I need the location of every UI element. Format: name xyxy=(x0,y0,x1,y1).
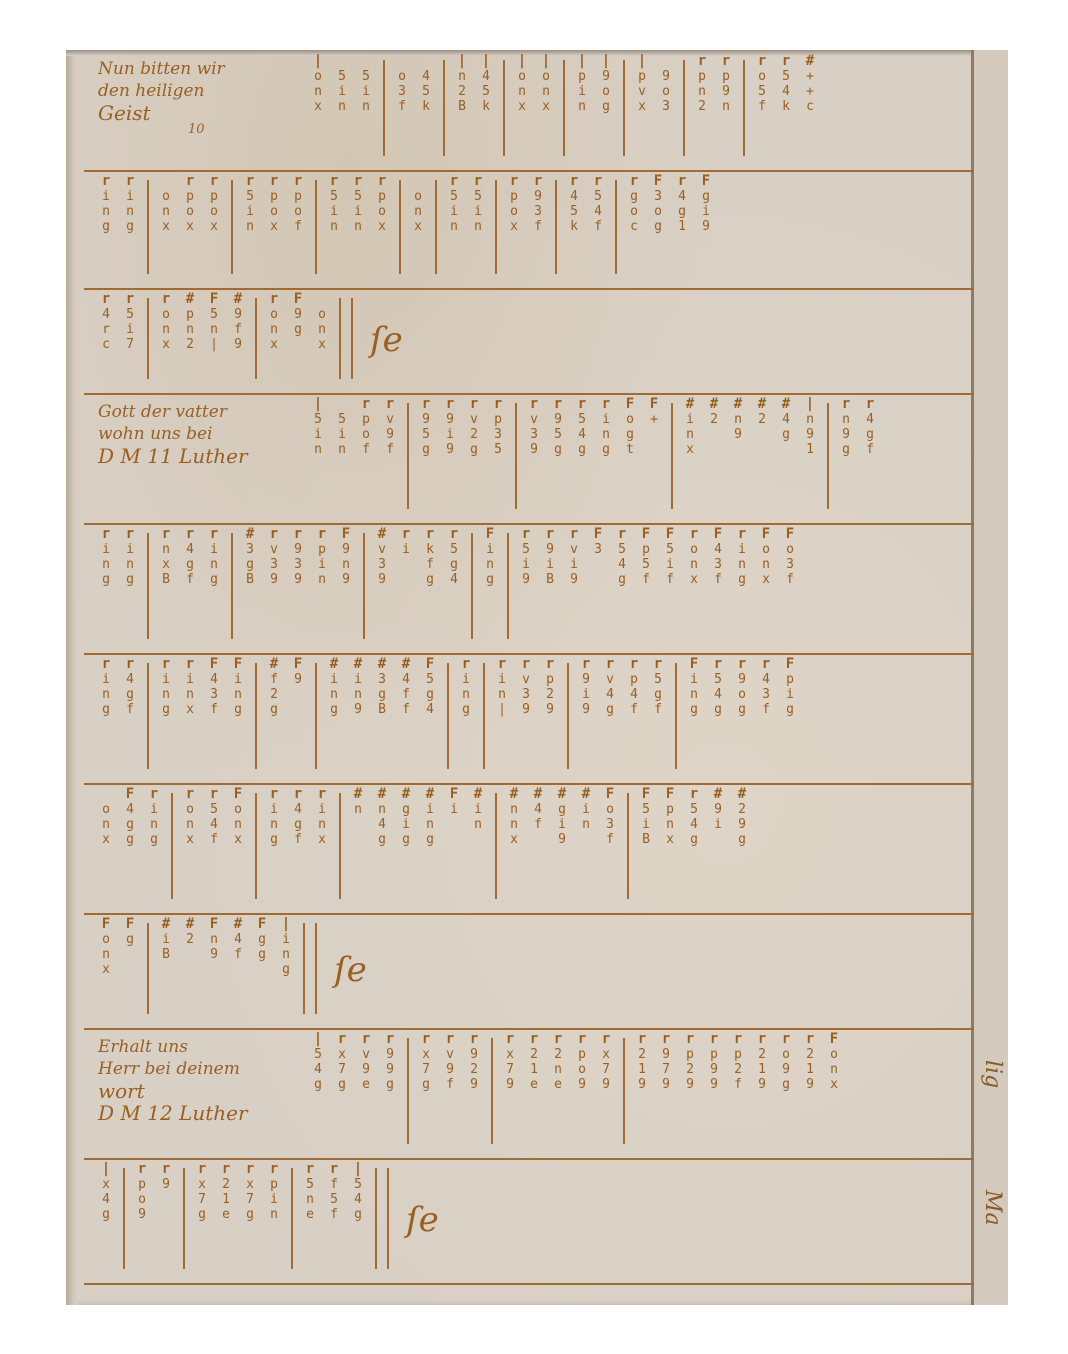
tab-letter: 9 xyxy=(582,702,590,717)
rhythm-flag: r xyxy=(710,1032,718,1047)
tab-letter: 4 xyxy=(690,817,698,832)
rhythm-flag: r xyxy=(530,397,538,412)
rhythm-flag: # xyxy=(186,292,194,307)
tab-letter: 1 xyxy=(222,1192,230,1207)
tab-letter: p xyxy=(734,1047,742,1062)
rhythm-flag: r xyxy=(678,174,686,189)
tab-letter: 5 xyxy=(362,69,370,84)
tab-letter: 9 xyxy=(342,572,350,587)
rhythm-flag: # xyxy=(558,787,566,802)
tablature-chord: r54g xyxy=(682,787,706,907)
tablature-chord: ronx xyxy=(154,292,178,387)
bar-line xyxy=(483,663,485,769)
tab-letter: 9 xyxy=(662,1077,670,1092)
tablature-chord: rp29 xyxy=(678,1032,702,1152)
tab-letter: g xyxy=(314,1077,322,1092)
tab-letter: 9 xyxy=(386,1062,394,1077)
rhythm-flag xyxy=(422,54,430,69)
tab-letter: 4 xyxy=(482,69,490,84)
bar-line xyxy=(495,793,497,899)
tab-letter: g xyxy=(162,702,170,717)
tab-letter: v xyxy=(470,412,478,427)
bar-line xyxy=(255,793,257,899)
bar-line xyxy=(183,1168,185,1269)
tab-letter: g xyxy=(654,687,662,702)
tab-letter: n xyxy=(554,1062,562,1077)
tab-letter: n xyxy=(210,932,218,947)
tablature-system: onxF4ggringronxr54fFonxringr4gfrinx#n #n… xyxy=(84,783,974,915)
tab-letter: 5 xyxy=(422,84,430,99)
tab-letter: i xyxy=(486,542,494,557)
tablature-chord: #2 xyxy=(702,397,726,517)
tab-letter: p xyxy=(186,307,194,322)
tablature-chord: r9og xyxy=(730,657,754,777)
tab-letter: g xyxy=(558,802,566,817)
tablature-chord: rpn2 xyxy=(690,54,714,164)
tab-letter: g xyxy=(282,962,290,977)
tablature-chord: |ing xyxy=(274,917,298,1022)
tab-letter: 7 xyxy=(198,1192,206,1207)
tab-letter: 9 xyxy=(446,412,454,427)
rhythm-flag: r xyxy=(306,1162,314,1177)
bar-line xyxy=(387,1168,389,1269)
tab-letter: g xyxy=(126,687,134,702)
tab-letter: 4 xyxy=(426,702,434,717)
tablature-chord: F+ xyxy=(642,397,666,517)
rhythm-flag: # xyxy=(710,397,718,412)
tab-letter: x xyxy=(318,337,326,352)
tab-letter: i xyxy=(582,802,590,817)
tab-letter: g xyxy=(462,702,470,717)
tab-letter: 9 xyxy=(602,1077,610,1092)
tab-letter: p xyxy=(786,672,794,687)
tablature-chord: #3gB xyxy=(370,657,394,777)
tab-letter: 9 xyxy=(842,427,850,442)
tablature-chord: Fing xyxy=(682,657,706,777)
tab-letter: o xyxy=(398,69,406,84)
tab-letter xyxy=(162,1192,170,1207)
tab-letter: g xyxy=(378,687,386,702)
tab-letter: x xyxy=(102,1177,110,1192)
rhythm-flag: r xyxy=(186,527,194,542)
tab-letter: n xyxy=(314,442,322,457)
tab-letter: 3 xyxy=(534,204,542,219)
rhythm-flag: r xyxy=(734,1032,742,1047)
tab-letter: g xyxy=(782,427,790,442)
tab-letter: o xyxy=(782,1047,790,1062)
tablature-chord: ring xyxy=(142,787,166,907)
tab-letter: g xyxy=(126,572,134,587)
tab-letter: 5 xyxy=(210,802,218,817)
bar-line xyxy=(231,533,233,639)
tab-letter: g xyxy=(426,687,434,702)
bar-line xyxy=(315,923,317,1014)
rhythm-flag: # xyxy=(186,917,194,932)
tab-letter: 2 xyxy=(458,84,466,99)
rhythm-flag: # xyxy=(270,657,278,672)
title-line: Erhalt uns xyxy=(98,1036,288,1058)
rhythm-flag: r xyxy=(630,174,638,189)
tablature-chord: ring xyxy=(94,527,118,647)
tab-letter: 2 xyxy=(186,932,194,947)
rhythm-flag: r xyxy=(714,657,722,672)
rhythm-flag: r xyxy=(602,397,610,412)
tablature-chord: Fonx xyxy=(754,527,778,647)
rhythm-flag: r xyxy=(690,527,698,542)
rhythm-flag: F xyxy=(258,917,266,932)
tab-letter: 9 xyxy=(758,1077,766,1092)
tab-letter xyxy=(450,832,458,847)
tab-letter: 3 xyxy=(494,427,502,442)
tab-letter: 9 xyxy=(378,572,386,587)
title-line: Nun bitten wir xyxy=(98,58,288,80)
tab-letter: 5 xyxy=(554,427,562,442)
tab-letter: v xyxy=(638,84,646,99)
tablature-chord: #4f xyxy=(226,917,250,1022)
title-line: Geist xyxy=(98,102,288,124)
tablature-chord: Fo3f xyxy=(778,527,802,647)
rhythm-flag: r xyxy=(210,174,218,189)
tablature-chord: Fgi9 xyxy=(694,174,718,282)
tab-letter: i xyxy=(270,1192,278,1207)
tablature-row: ringringrnxBr4gfring#3gBrv39r939rpinF9n9… xyxy=(94,527,802,647)
tablature-chord: rin| xyxy=(490,657,514,777)
tab-letter: 5 xyxy=(210,307,218,322)
bar-line xyxy=(315,663,317,769)
tab-letter: i xyxy=(582,687,590,702)
tablature-chord: #pn2 xyxy=(178,292,202,387)
tab-letter: 9 xyxy=(386,427,394,442)
tablature-row: |onx 5in 5in o3f 45k|n2B|45k|onx|onx|pin… xyxy=(306,54,822,164)
tab-letter: o xyxy=(626,412,634,427)
tab-letter: o xyxy=(210,204,218,219)
tablature-chord: rpox xyxy=(502,174,526,282)
tab-letter: x xyxy=(510,219,518,234)
tab-letter: n xyxy=(806,412,814,427)
tab-letter: p xyxy=(642,542,650,557)
rhythm-flag: r xyxy=(510,174,518,189)
tab-letter: n xyxy=(722,99,730,114)
tablature-chord: #ing xyxy=(418,787,442,907)
tablature-chord: r5in xyxy=(346,174,370,282)
tab-letter xyxy=(734,442,742,457)
tab-letter: x xyxy=(602,1047,610,1062)
tab-letter: g xyxy=(270,702,278,717)
tablature-chord: rkfg xyxy=(418,527,442,647)
rhythm-flag: r xyxy=(686,1032,694,1047)
rhythm-flag: r xyxy=(210,527,218,542)
tablature-chord: Fp5f xyxy=(634,527,658,647)
tab-letter: 4 xyxy=(102,1192,110,1207)
rhythm-flag: r xyxy=(842,397,850,412)
tab-letter: i xyxy=(402,542,410,557)
tab-letter: i xyxy=(450,204,458,219)
tab-letter: 5 xyxy=(354,1177,362,1192)
tab-letter: o xyxy=(630,204,638,219)
tab-letter: x xyxy=(414,219,422,234)
tablature-chord: r5i7 xyxy=(118,292,142,387)
tab-letter: i xyxy=(522,557,530,572)
tab-letter: o xyxy=(294,204,302,219)
tablature-chord: ring xyxy=(94,174,118,282)
tab-letter: x xyxy=(690,572,698,587)
tab-letter: 2 xyxy=(222,1177,230,1192)
tab-letter: i xyxy=(186,672,194,687)
rhythm-flag: r xyxy=(222,1162,230,1177)
rhythm-flag: r xyxy=(662,1032,670,1047)
tab-letter: f xyxy=(630,702,638,717)
tab-letter: 9 xyxy=(470,1077,478,1092)
tab-letter: 5 xyxy=(782,69,790,84)
tab-letter: 5 xyxy=(354,189,362,204)
tab-letter xyxy=(294,337,302,352)
tab-letter: x xyxy=(270,337,278,352)
rhythm-flag: r xyxy=(570,527,578,542)
rhythm-flag: r xyxy=(762,657,770,672)
tablature-chord: rvi9 xyxy=(562,527,586,647)
tab-letter: f xyxy=(714,572,722,587)
tab-letter: 2 xyxy=(554,1047,562,1062)
tab-letter: B xyxy=(162,947,170,962)
rhythm-flag: F xyxy=(666,527,674,542)
tab-letter: i xyxy=(570,557,578,572)
tab-letter xyxy=(594,557,602,572)
tab-letter: e xyxy=(530,1077,538,1092)
rhythm-flag: r xyxy=(506,1032,514,1047)
rhythm-flag: r xyxy=(546,657,554,672)
rhythm-flag: F xyxy=(606,787,614,802)
tablature-chord: Fing xyxy=(478,527,502,647)
tab-letter: 9 xyxy=(270,572,278,587)
piece-title: Erhalt unsHerr bei deinemwortD M 12 Luth… xyxy=(98,1036,288,1124)
rhythm-flag: r xyxy=(294,527,302,542)
page-gutter xyxy=(66,50,78,1305)
tab-letter: g xyxy=(690,702,698,717)
tab-letter: g xyxy=(102,702,110,717)
tablature-chord: ring xyxy=(154,657,178,777)
bar-line xyxy=(291,1168,293,1269)
tab-letter: o xyxy=(738,687,746,702)
rhythm-flag: r xyxy=(126,657,134,672)
tablature-row: |5in 5inrpofrv9fr95gr9i9rv2grp35rv39r95g… xyxy=(306,397,882,517)
tablature-chord: r43f xyxy=(754,657,778,777)
tab-letter: n xyxy=(602,427,610,442)
rhythm-flag: r xyxy=(530,1032,538,1047)
tab-letter: n xyxy=(414,204,422,219)
rhythm-flag: # xyxy=(426,787,434,802)
rhythm-flag: F xyxy=(426,657,434,672)
tablature-row: FonxFg #iB #2 Fn9 #4f Fgg |ingſe xyxy=(94,917,367,1022)
bar-line xyxy=(407,403,409,509)
tablature-chord: #4ff xyxy=(394,657,418,777)
rhythm-flag: r xyxy=(150,787,158,802)
tab-letter: g xyxy=(470,442,478,457)
piece-title: Nun bitten wirden heiligenGeist10 xyxy=(98,58,288,136)
tablature-chord: rp29 xyxy=(538,657,562,777)
tab-letter: o xyxy=(414,189,422,204)
tab-letter: 9 xyxy=(210,947,218,962)
rhythm-flag: r xyxy=(806,1032,814,1047)
tablature-chord: ro9g xyxy=(774,1032,798,1152)
rhythm-flag xyxy=(398,54,406,69)
rhythm-flag: r xyxy=(294,787,302,802)
tab-letter: 9 xyxy=(530,442,538,457)
bar-line xyxy=(827,403,829,509)
tab-letter: g xyxy=(338,1077,346,1092)
tab-letter: | xyxy=(498,702,506,717)
tab-letter: n xyxy=(686,427,694,442)
tab-letter: g xyxy=(150,832,158,847)
tab-letter: n xyxy=(690,557,698,572)
tab-letter: g xyxy=(270,832,278,847)
tab-letter: 4 xyxy=(866,412,874,427)
tab-letter: i xyxy=(450,802,458,817)
tab-letter: n xyxy=(210,557,218,572)
tab-letter: 4 xyxy=(126,802,134,817)
tab-letter: g xyxy=(738,702,746,717)
tab-letter: g xyxy=(738,572,746,587)
tab-letter: 4 xyxy=(126,672,134,687)
tab-letter: 5 xyxy=(450,189,458,204)
bar-line xyxy=(623,1038,625,1144)
tablature-chord: ronx xyxy=(262,292,286,387)
neighbor-page-mark: lig xyxy=(980,1060,1005,1088)
rhythm-flag: r xyxy=(462,657,470,672)
rhythm-flag: r xyxy=(446,1032,454,1047)
tablature-chord: ring xyxy=(594,397,618,517)
rhythm-flag: r xyxy=(186,174,194,189)
tab-letter: f xyxy=(234,322,242,337)
tablature-chord: #in xyxy=(466,787,490,907)
tab-letter: 3 xyxy=(246,542,254,557)
tab-letter: 2 xyxy=(546,687,554,702)
tab-letter: 3 xyxy=(594,542,602,557)
tablature-chord: Fogt xyxy=(618,397,642,517)
tab-letter: 9 xyxy=(294,542,302,557)
rhythm-flag: r xyxy=(426,527,434,542)
tablature-chord: ring xyxy=(730,527,754,647)
tab-letter: n xyxy=(314,84,322,99)
tab-letter: i xyxy=(210,542,218,557)
rhythm-flag: r xyxy=(318,787,326,802)
tab-letter: i xyxy=(702,204,710,219)
title-line: wohn uns bei xyxy=(98,423,288,445)
rhythm-flag: # xyxy=(534,787,542,802)
tab-letter: 5 xyxy=(330,1192,338,1207)
tab-letter: x xyxy=(762,572,770,587)
rhythm-flag: r xyxy=(494,397,502,412)
tab-letter: n xyxy=(234,817,242,832)
tablature-chord: rpin xyxy=(310,527,334,647)
tab-letter: 9 xyxy=(806,1077,814,1092)
rhythm-flag: r xyxy=(782,1032,790,1047)
tablature-system: Gott der vatterwohn uns beiD M 11 Luther… xyxy=(84,393,974,525)
tablature-row: ringr4gfringrinxF43fFing#f2gF9 #ing#in9#… xyxy=(94,657,802,777)
tab-letter xyxy=(474,832,482,847)
tab-letter: f xyxy=(330,1207,338,1222)
rhythm-flag: r xyxy=(386,397,394,412)
tab-letter: f xyxy=(734,1077,742,1092)
tablature-chord: r9 xyxy=(154,1162,178,1277)
tablature-chord: r99g xyxy=(378,1032,402,1152)
tab-letter: 2 xyxy=(710,412,718,427)
tablature-chord: rpo9 xyxy=(570,1032,594,1152)
tab-letter xyxy=(782,442,790,457)
tab-letter: 4 xyxy=(714,542,722,557)
tab-letter: n xyxy=(474,817,482,832)
tab-letter: p xyxy=(638,69,646,84)
tab-letter: 9 xyxy=(638,1077,646,1092)
bar-line xyxy=(503,60,505,156)
rhythm-flag: r xyxy=(474,174,482,189)
tab-letter: o xyxy=(162,189,170,204)
tablature-chord: ring xyxy=(262,787,286,907)
rhythm-flag: | xyxy=(314,54,322,69)
rhythm-flag: r xyxy=(446,397,454,412)
tab-letter: x xyxy=(638,99,646,114)
tab-letter: x xyxy=(378,219,386,234)
rhythm-flag: r xyxy=(210,787,218,802)
tab-letter: g xyxy=(294,322,302,337)
tablature-chord: Fonx xyxy=(226,787,250,907)
tab-letter: 1 xyxy=(758,1062,766,1077)
tab-letter: i xyxy=(738,542,746,557)
tab-letter: g xyxy=(246,1207,254,1222)
tab-letter: 5 xyxy=(314,412,322,427)
tab-letter: n xyxy=(458,69,466,84)
rhythm-flag: # xyxy=(714,787,722,802)
rhythm-flag: r xyxy=(330,174,338,189)
rhythm-flag: F xyxy=(102,917,110,932)
tablature-chord: Fonx xyxy=(822,1032,846,1152)
tab-letter: 5 xyxy=(330,189,338,204)
tab-letter: i xyxy=(270,802,278,817)
neighbor-page-edge: lig Ma xyxy=(971,50,1008,1305)
tablature-chord: F5g4 xyxy=(418,657,442,777)
tab-letter: 2 xyxy=(470,1062,478,1077)
tab-letter: n xyxy=(186,322,194,337)
rhythm-flag: F xyxy=(714,527,722,542)
tab-letter: i xyxy=(714,817,722,832)
tablature-chord: rpox xyxy=(262,174,286,282)
tab-letter: x xyxy=(314,99,322,114)
rhythm-flag: # xyxy=(378,657,386,672)
tab-letter: 9 xyxy=(294,672,302,687)
tablature-chord: r21e xyxy=(214,1162,238,1277)
tab-letter: n xyxy=(102,947,110,962)
tab-letter: x xyxy=(542,99,550,114)
tablature-row: |x4grpo9r9 rx7gr21erx7grpinr5nerf5f|54gſ… xyxy=(94,1162,439,1277)
tab-letter: g xyxy=(386,1077,394,1092)
rhythm-flag: r xyxy=(162,527,170,542)
tablature-chord: rnxB xyxy=(154,527,178,647)
tab-letter: f xyxy=(330,1177,338,1192)
tablature-chord: F43f xyxy=(202,657,226,777)
rhythm-flag: # xyxy=(686,397,694,412)
tab-letter: o xyxy=(578,1062,586,1077)
tab-letter: n xyxy=(186,817,194,832)
tab-letter: n xyxy=(270,322,278,337)
tab-letter: g xyxy=(258,947,266,962)
tablature-chord: 45k xyxy=(414,54,438,164)
tab-letter: g xyxy=(378,832,386,847)
rhythm-flag xyxy=(414,174,422,189)
tab-letter: 4 xyxy=(422,69,430,84)
tab-letter: 7 xyxy=(126,337,134,352)
tab-letter: 5 xyxy=(666,542,674,557)
tablature-chord: rp9n xyxy=(714,54,738,164)
tab-letter: i xyxy=(786,687,794,702)
